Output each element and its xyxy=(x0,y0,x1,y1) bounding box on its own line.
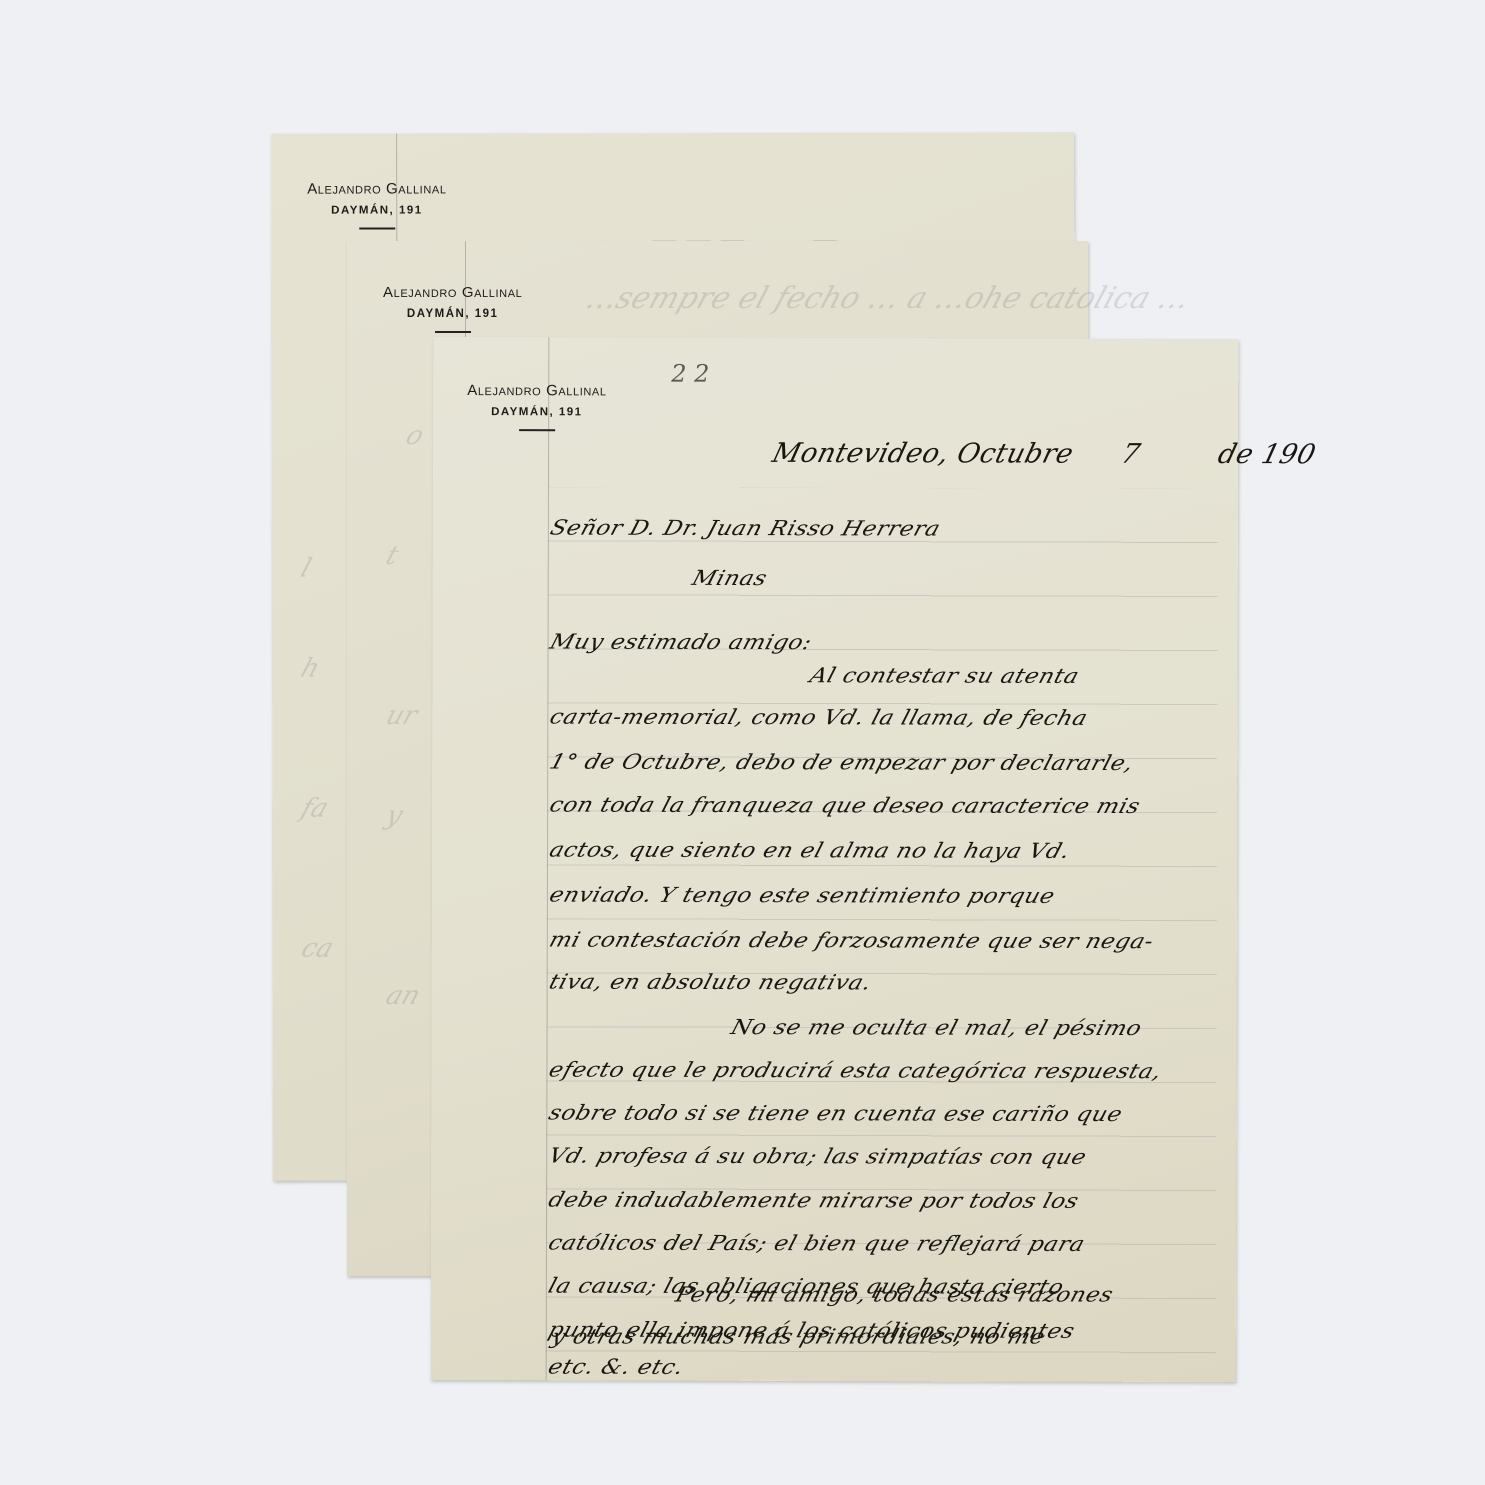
body-line: No se me oculta el mal, el pésimo xyxy=(728,1016,1144,1040)
letterhead-address: DAYMÁN, 191 xyxy=(307,204,446,216)
letterhead-name: Alejandro Gallinal xyxy=(383,284,522,301)
dateline-day: 7 xyxy=(1118,439,1143,470)
body-line: etc. &. etc. xyxy=(545,1356,686,1380)
letter-sheet-front: Alejandro Gallinal DAYMÁN, 191 2 2 Monte… xyxy=(431,337,1239,1382)
letterhead-name: Alejandro Gallinal xyxy=(307,180,446,197)
letterhead: Alejandro Gallinal DAYMÁN, 191 xyxy=(307,180,446,229)
letterhead: Alejandro Gallinal DAYMÁN, 191 xyxy=(383,284,522,333)
bleed-through-writing: ca xyxy=(298,934,338,964)
body-line: tiva, en absoluto negativa. xyxy=(546,971,874,995)
bleed-through-writing: y xyxy=(382,801,406,831)
bleed-through-writing: …sempre el fecho … a …ohe catolica … xyxy=(581,281,1194,316)
salutation: Muy estimado amigo: xyxy=(547,631,815,655)
body-line: efecto que le producirá esta categórica … xyxy=(546,1059,1164,1084)
pencil-annotation: 2 2 xyxy=(671,360,709,388)
body-line: carta-memorial, como Vd. la llama, de fe… xyxy=(547,706,1090,731)
body-line: con toda la franqueza que deseo caracter… xyxy=(547,794,1143,819)
bleed-through-writing: ur xyxy=(382,701,421,731)
bleed-through-writing: an xyxy=(382,981,424,1011)
dateline-place: Montevideo, xyxy=(769,438,952,469)
body-line: mi contestación debe forzosamente que se… xyxy=(546,929,1156,954)
body-line: católicos del País; el bien que reflejar… xyxy=(546,1232,1088,1257)
body-line: actos, que siento en el alma no la haya … xyxy=(547,839,1073,864)
letterhead-rule xyxy=(359,227,395,229)
dateline-month: Octubre xyxy=(954,438,1077,469)
bleed-through-writing: fa xyxy=(297,794,332,824)
bleed-through-writing: h xyxy=(297,654,323,684)
body-line: debe indudablemente mirarse por todos lo… xyxy=(546,1189,1082,1214)
ruled-lines xyxy=(546,487,1218,1362)
body-line: y otras muchas más primordiales, no me xyxy=(549,1325,1048,1348)
recipient-name: Señor D. Dr. Juan Risso Herrera xyxy=(547,517,943,541)
body-line: 1° de Octubre, debo de empezar por decla… xyxy=(547,751,1137,776)
letterhead-name: Alejandro Gallinal xyxy=(467,382,606,399)
letterhead-rule xyxy=(519,429,555,431)
dateline: Montevideo, Octubre 7 de 190 xyxy=(769,438,1319,470)
letterhead: Alejandro Gallinal DAYMÁN, 191 xyxy=(467,382,606,431)
bleed-through-writing: l xyxy=(297,554,315,584)
body-line: Pero, mi amigo, todas estas razones xyxy=(673,1283,1116,1306)
letterhead-rule xyxy=(435,331,471,333)
recipient-city: Minas xyxy=(689,567,770,591)
letterhead-address: DAYMÁN, 191 xyxy=(383,308,522,320)
letterhead-address: DAYMÁN, 191 xyxy=(467,406,606,418)
body-line: Vd. profesa á su obra; las simpatías con… xyxy=(546,1145,1090,1170)
body-line: sobre todo si se tiene en cuenta ese car… xyxy=(546,1102,1125,1127)
body-line: enviado. Y tengo este sentimiento porque xyxy=(547,884,1058,909)
dateline-year: de 190 xyxy=(1215,439,1319,470)
body-line: Al contestar su atenta xyxy=(807,664,1082,688)
